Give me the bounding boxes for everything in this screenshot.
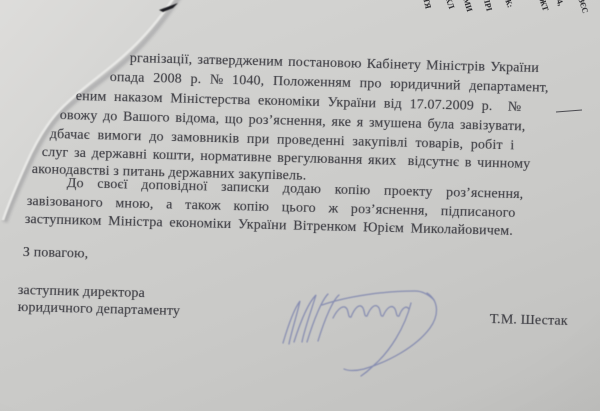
number-blank-underline	[556, 110, 582, 112]
document-photo: ТЯ КЛ МИ ПРІ Ж: ЖТ /4, ЗЄС рганізації, з…	[0, 0, 600, 411]
closing-salutation: З повагою,	[23, 245, 89, 263]
signature-ink	[283, 291, 436, 376]
signer-title-line: заступник директора	[18, 283, 145, 302]
signer-name: Т.М. Шестак	[490, 312, 568, 330]
